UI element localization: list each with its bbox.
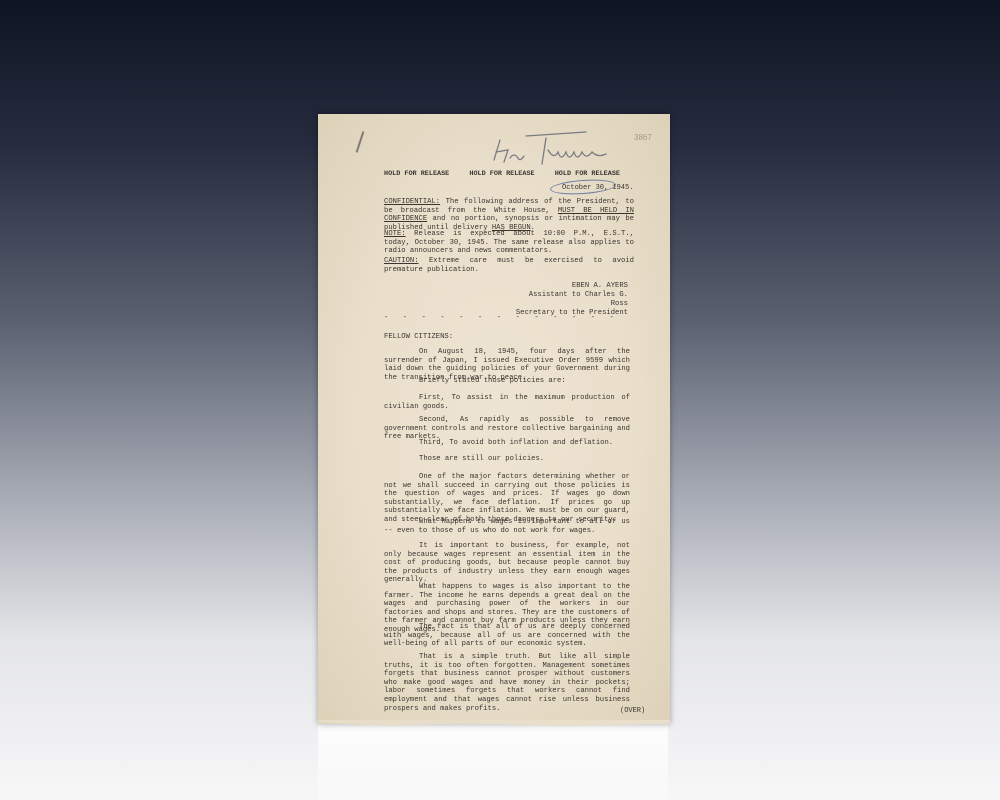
- sender-block: EBEN A. AYERS Assistant to Charles G. Ro…: [508, 282, 628, 318]
- sender-title: Assistant to Charles G. Ross: [508, 291, 628, 309]
- signature: [486, 130, 626, 168]
- paragraph: One of the major factors determining whe…: [384, 473, 630, 525]
- paragraph: That is a simple truth. But like all sim…: [384, 653, 630, 713]
- hold-for-release-row: HOLD FOR RELEASE HOLD FOR RELEASE HOLD F…: [384, 170, 620, 179]
- paragraph: Those are still our policies.: [384, 455, 630, 464]
- confidential-notice: CONFIDENTIAL: The following address of t…: [384, 198, 634, 232]
- paragraph: Third, To avoid both inflation and defla…: [384, 439, 630, 448]
- paragraph: The fact is that all of us are deeply co…: [384, 623, 630, 649]
- hold-label: HOLD FOR RELEASE: [555, 170, 620, 179]
- sender-name: EBEN A. AYERS: [508, 282, 628, 291]
- note-notice: NOTE: Release is expected about 10:00 P.…: [384, 230, 634, 256]
- paragraph: Briefly stated those policies are:: [384, 377, 630, 386]
- paper-reflection: [318, 724, 668, 800]
- page-number-mark: 3867: [634, 134, 652, 143]
- paragraph: What happens to wages is important to al…: [384, 518, 630, 535]
- pencil-mark: [356, 131, 365, 153]
- hold-label: HOLD FOR RELEASE: [384, 170, 449, 179]
- separator-dashes: - - - - - - - - - - - - - - - - - - - - …: [384, 314, 624, 323]
- over-label: (OVER): [620, 707, 645, 716]
- caution-notice: CAUTION: Extreme care must be exercised …: [384, 257, 634, 274]
- typed-document: 3867 HOLD FOR RELEASE HOLD FOR RELEASE H…: [318, 114, 670, 724]
- paragraph: It is important to business, for example…: [384, 542, 630, 585]
- signature-icon: [486, 130, 626, 168]
- hold-label: HOLD FOR RELEASE: [469, 170, 534, 179]
- paragraph: First, To assist in the maximum producti…: [384, 394, 630, 411]
- paragraph: Second, As rapidly as possible to remove…: [384, 416, 630, 442]
- salutation: FELLOW CITIZENS:: [384, 333, 630, 342]
- release-date: October 30, 1945.: [562, 184, 633, 193]
